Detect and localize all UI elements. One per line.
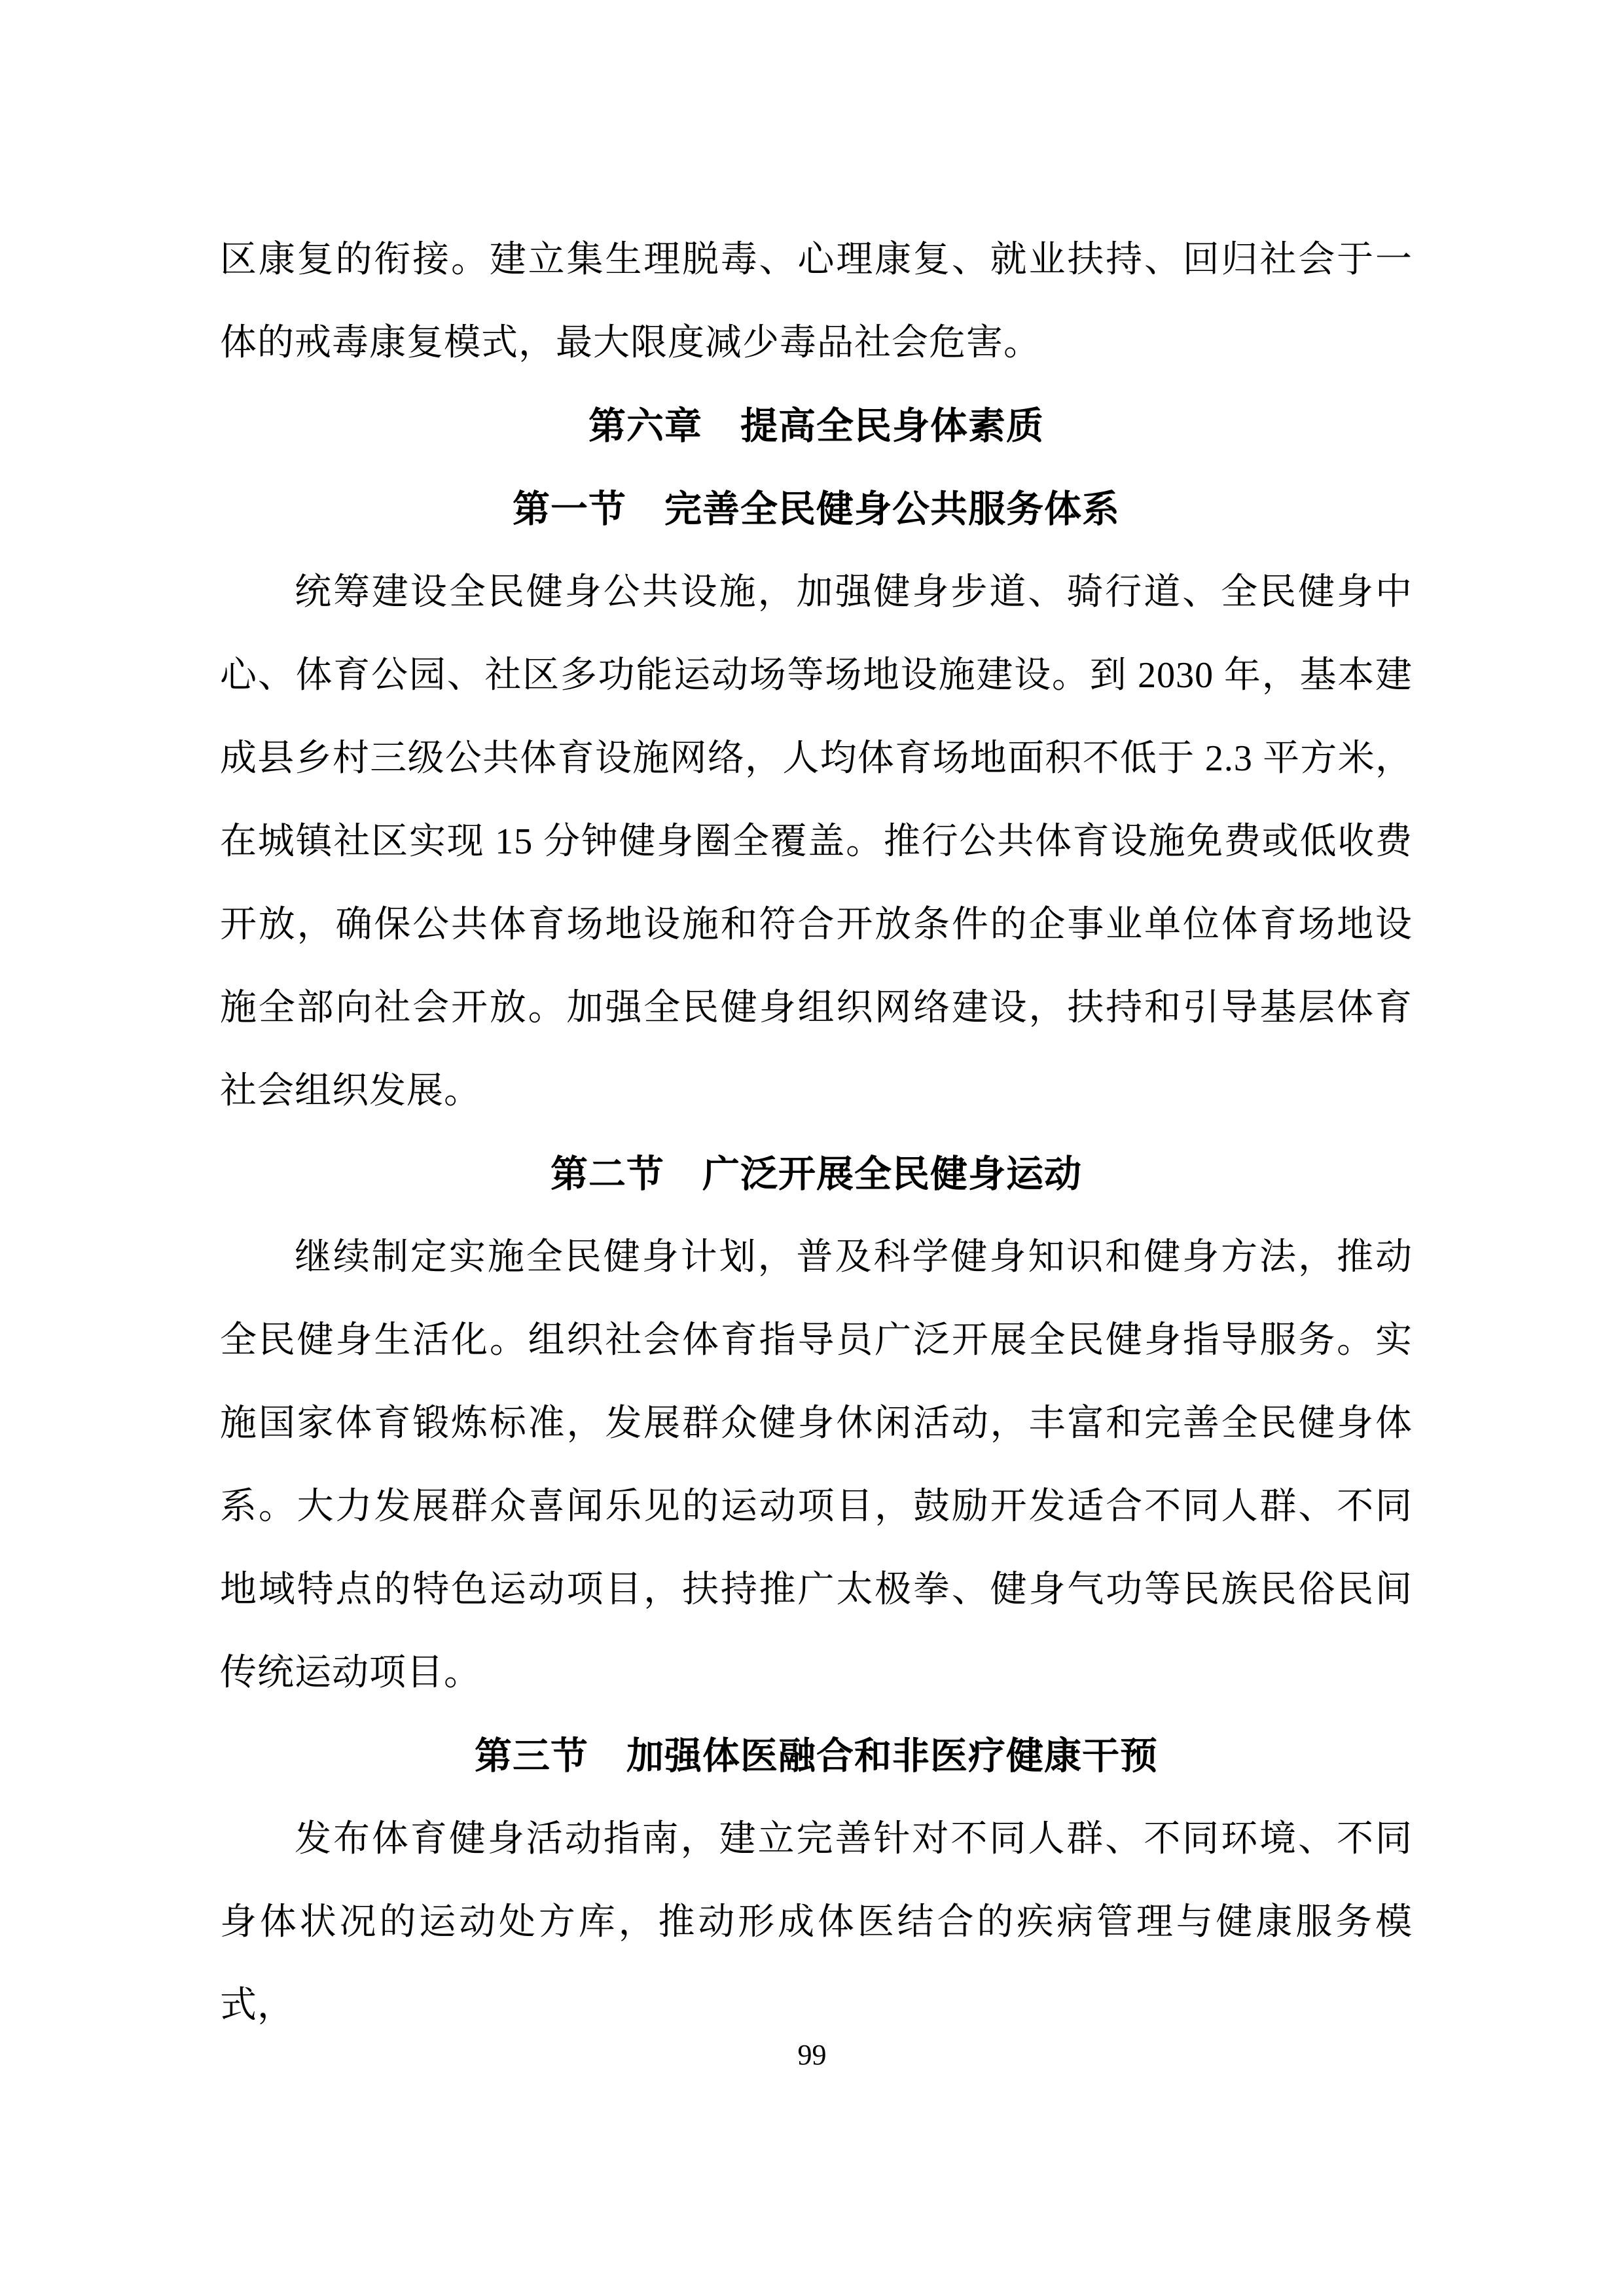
section-3-heading: 第三节 加强体医融合和非医疗健康干预	[220, 1715, 1413, 1798]
document-page: 区康复的衔接。建立集生理脱毒、心理康复、就业扶持、回归社会于一体的戒毒康复模式，…	[0, 0, 1624, 2296]
page-body: 区康复的衔接。建立集生理脱毒、心理康复、就业扶持、回归社会于一体的戒毒康复模式，…	[220, 219, 1413, 2047]
paragraph-drug-rehab-continuation: 区康复的衔接。建立集生理脱毒、心理康复、就业扶持、回归社会于一体的戒毒康复模式，…	[220, 219, 1413, 385]
section-1-heading: 第一节 完善全民健身公共服务体系	[220, 468, 1413, 551]
section-2-paragraph: 继续制定实施全民健身计划，普及科学健身知识和健身方法，推动全民健身生活化。组织社…	[220, 1216, 1413, 1715]
section-1-paragraph: 统筹建设全民健身公共设施，加强健身步道、骑行道、全民健身中心、体育公园、社区多功…	[220, 551, 1413, 1133]
page-number: 99	[0, 2034, 1624, 2076]
chapter-heading: 第六章 提高全民身体素质	[220, 385, 1413, 468]
section-3-paragraph: 发布体育健身活动指南，建立完善针对不同人群、不同环境、不同身体状况的运动处方库，…	[220, 1798, 1413, 2047]
section-2-heading: 第二节 广泛开展全民健身运动	[220, 1133, 1413, 1216]
